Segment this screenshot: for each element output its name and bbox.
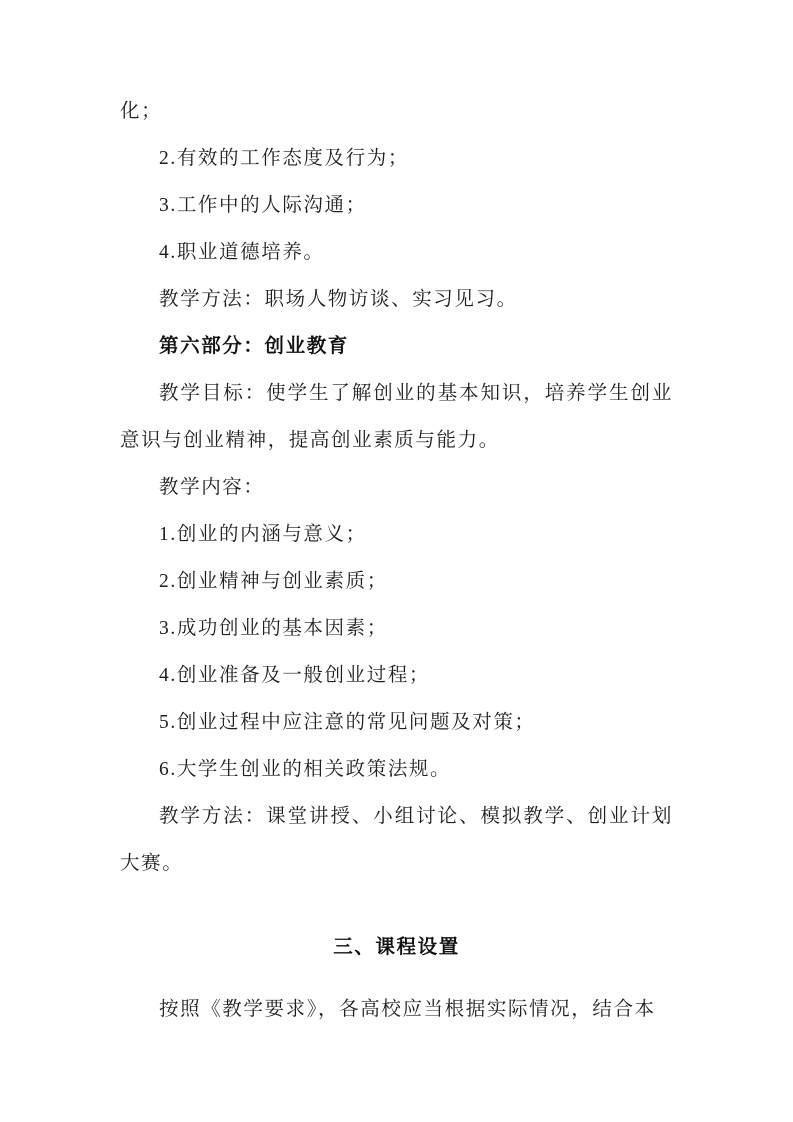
list-item: 3.成功创业的基本因素； bbox=[120, 605, 673, 652]
chapter-heading: 三、课程设置 bbox=[120, 924, 673, 971]
list-item: 3.工作中的人际沟通； bbox=[120, 182, 673, 229]
list-item: 4.创业准备及一般创业过程； bbox=[120, 652, 673, 699]
section-heading: 第六部分：创业教育 bbox=[120, 323, 673, 370]
list-item: 4.职业道德培养。 bbox=[120, 229, 673, 276]
list-item: 6.大学生创业的相关政策法规。 bbox=[120, 746, 673, 793]
document-body: 化； 2.有效的工作态度及行为； 3.工作中的人际沟通； 4.职业道德培养。 教… bbox=[120, 88, 673, 1033]
paragraph-continuation: 化； bbox=[120, 88, 673, 135]
paragraph: 教学方法：课堂讲授、小组讨论、模拟教学、创业计划大赛。 bbox=[120, 793, 673, 887]
paragraph: 教学内容： bbox=[120, 464, 673, 511]
document-page: 化； 2.有效的工作态度及行为； 3.工作中的人际沟通； 4.职业道德培养。 教… bbox=[0, 0, 793, 1122]
paragraph: 教学目标：使学生了解创业的基本知识，培养学生创业意识与创业精神，提高创业素质与能… bbox=[120, 370, 673, 464]
list-item: 2.有效的工作态度及行为； bbox=[120, 135, 673, 182]
paragraph: 按照《教学要求》，各高校应当根据实际情况，结合本 bbox=[120, 986, 673, 1033]
list-item: 2.创业精神与创业素质； bbox=[120, 558, 673, 605]
paragraph: 教学方法：职场人物访谈、实习见习。 bbox=[120, 276, 673, 323]
list-item: 5.创业过程中应注意的常见问题及对策； bbox=[120, 699, 673, 746]
list-item: 1.创业的内涵与意义； bbox=[120, 511, 673, 558]
